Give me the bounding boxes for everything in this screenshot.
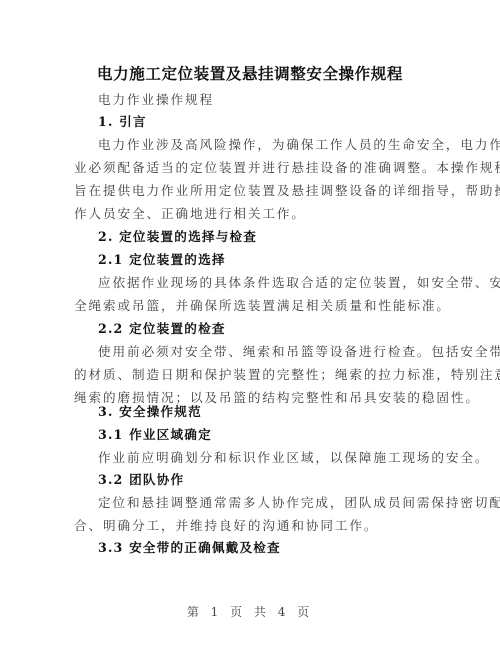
section-heading-2: 2. 定位装置的选择与检查 xyxy=(98,226,257,245)
paragraph-line: 定位和悬挂调整通常需多人协作完成，团队成员间需保持密切配 xyxy=(98,492,500,511)
paragraph-line: 全绳索或吊篮，并确保所选装置满足相关质量和性能标准。 xyxy=(74,295,451,314)
paragraph-line: 旨在提供电力作业所用定位装置及悬挂调整设备的详细指导，帮助操 xyxy=(74,180,500,199)
paragraph-line: 使用前必须对安全带、绳索和吊篮等设备进行检查。包括安全带 xyxy=(98,341,500,360)
paragraph-line: 的材质、制造日期和保护装置的完整性；绳索的拉力标准，特别注意 xyxy=(74,364,500,383)
subsection-heading-2-1: 2.1 定位装置的选择 xyxy=(98,249,226,268)
paragraph-line: 合、明确分工，并维持良好的沟通和协同工作。 xyxy=(74,515,378,534)
document-page: 电力施工定位装置及悬挂调整安全操作规程 电力作业操作规程 1. 引言 电力作业涉… xyxy=(0,0,500,647)
subsection-heading-3-3: 3.3 安全带的正确佩戴及检查 xyxy=(98,537,281,556)
document-subtitle: 电力作业操作规程 xyxy=(98,89,214,108)
page-number-footer: 第 1 页 共 4 页 xyxy=(0,603,500,620)
subsection-heading-3-2: 3.2 团队协作 xyxy=(98,469,184,488)
paragraph-line: 业必须配备适当的定位装置并进行悬挂设备的准确调整。本操作规程 xyxy=(74,157,500,176)
subsection-heading-3-1: 3.1 作业区域确定 xyxy=(98,424,212,443)
document-title: 电力施工定位装置及悬挂调整安全操作规程 xyxy=(0,62,500,84)
section-heading-3: 3. 安全操作规范 xyxy=(98,401,202,420)
paragraph-line: 应依据作业现场的具体条件选取合适的定位装置，如安全带、安 xyxy=(98,272,500,291)
subsection-heading-2-2: 2.2 定位装置的检查 xyxy=(98,318,226,337)
paragraph-line: 作人员安全、正确地进行相关工作。 xyxy=(74,203,306,222)
section-heading-1: 1. 引言 xyxy=(98,111,147,130)
paragraph-line: 电力作业涉及高风险操作，为确保工作人员的生命安全，电力作 xyxy=(98,134,500,153)
paragraph-line: 作业前应明确划分和标识作业区域，以保障施工现场的安全。 xyxy=(98,447,489,466)
